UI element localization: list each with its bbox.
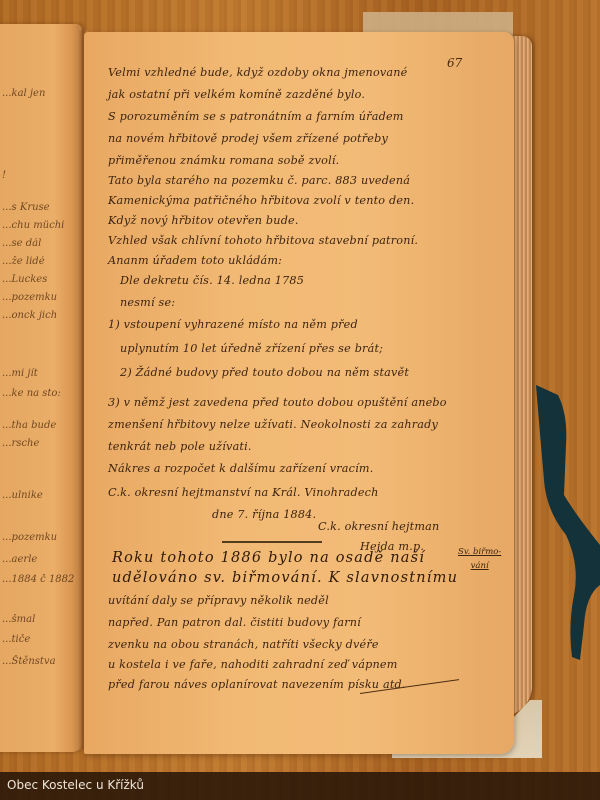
left-page-fragment: ...s Kruse <box>2 202 50 213</box>
handwritten-line: uplynutím 10 let úředně zřízení přes se … <box>120 342 383 355</box>
handwritten-line: napřed. Pan patron dal. čistiti budovy f… <box>108 616 361 629</box>
left-page-fragment: ...šmal <box>2 614 35 625</box>
left-page-fragment: ...1884 č 1882 <box>2 574 74 585</box>
handwritten-line: Tato byla starého na pozemku č. parc. 88… <box>108 174 410 187</box>
left-page-fragment: ...rsche <box>2 438 39 449</box>
left-page-fragment: ! <box>2 170 6 181</box>
handwritten-line: Nákres a rozpočet k dalšímu zařízení vra… <box>108 462 373 475</box>
left-page-fragment: ...tiče <box>2 634 30 645</box>
handwritten-line: Dle dekretu čís. 14. ledna 1785 <box>120 274 304 287</box>
handwritten-line: Kamenickýma patřičného hřbitova zvolí v … <box>108 194 414 207</box>
handwritten-line: přiměřenou známku romana sobě zvolí. <box>108 154 339 167</box>
handwritten-line: Roku tohoto 1886 bylo na osadě naší <box>112 550 425 566</box>
handwritten-line: před farou náves oplanírovat navezením p… <box>108 678 406 691</box>
left-page-fragment: ...že lidé <box>2 256 45 267</box>
handwritten-line: Velmi vzhledné bude, když ozdoby okna jm… <box>108 66 408 79</box>
handwritten-line: udělováno sv. biřmování. K slavnostnímu <box>112 570 458 586</box>
left-page-fragment: ...mi jít <box>2 368 38 379</box>
handwritten-line: nesmí se: <box>120 296 175 309</box>
handwritten-line: S porozuměním se s patronátním a farním … <box>108 110 404 123</box>
page-number: 67 <box>447 56 462 70</box>
left-page: ...kal jen ! ...s Kruse ...chu müchi ...… <box>0 24 82 752</box>
handwritten-line: u kostela i ve faře, nahoditi zahradní z… <box>108 658 398 671</box>
handwritten-line: 2) Žádné budovy před touto dobou na něm … <box>120 366 409 379</box>
section-divider <box>222 541 322 543</box>
left-page-fragment: ...onck jich <box>2 310 57 321</box>
left-page-fragment: ...kal jen <box>2 88 45 99</box>
left-page-fragment: ...tha bude <box>2 420 56 431</box>
caption-title: Obec Kostelec u Křížků <box>7 778 144 792</box>
handwritten-line: uvítání daly se přípravy několik neděl <box>108 594 329 607</box>
handwritten-line: tenkrát neb pole užívati. <box>108 440 252 453</box>
document-image-viewer[interactable]: ...kal jen ! ...s Kruse ...chu müchi ...… <box>0 0 600 800</box>
left-page-fragment: ...pozemku <box>2 532 57 543</box>
handwritten-line: 3) v němž jest zavedena před touto dobou… <box>108 396 447 409</box>
handwritten-signature-title: C.k. okresní hejtman <box>318 520 439 533</box>
handwritten-line: zmenšení hřbitovy nelze užívati. Neokoln… <box>108 418 438 431</box>
margin-note-line: vání <box>458 559 501 573</box>
left-page-fragment: ...pozemku <box>2 292 57 303</box>
handwritten-line: zvenku na obou stranách, natříti všecky … <box>108 638 379 651</box>
left-page-fragment: ...aerle <box>2 554 37 565</box>
handwritten-line: na novém hřbitově prodej všem zřízené po… <box>108 132 388 145</box>
handwritten-date: dne 7. října 1884. <box>212 508 316 521</box>
left-page-fragment: ...chu müchi <box>2 220 64 231</box>
left-page-fragment: ...ke na sto: <box>2 388 61 399</box>
handwritten-line: Když nový hřbitov otevřen bude. <box>108 214 299 227</box>
left-page-fragment: ...ulnike <box>2 490 43 501</box>
margin-note: Sv. biřmo- vání <box>458 545 501 573</box>
left-page-fragment: ...se dál <box>2 238 41 249</box>
margin-note-line: Sv. biřmo- <box>458 545 501 559</box>
left-page-fragment: ...Luckes <box>2 274 47 285</box>
handwritten-line: Ananm úřadem toto ukládám: <box>108 254 282 267</box>
handwritten-line: jak ostatní při velkém komíně zazděné by… <box>108 88 365 101</box>
left-page-fragment: ...Štěnstva <box>2 656 56 667</box>
bookmark-ribbon <box>536 385 600 665</box>
caption-bar: Obec Kostelec u Křížků <box>0 772 600 800</box>
handwritten-line: C.k. okresní hejtmanství na Král. Vinohr… <box>108 486 379 499</box>
handwritten-line: 1) vstoupení vyhrazené místo na něm před <box>108 318 358 331</box>
handwritten-line: Vzhled však chlívní tohoto hřbitova stav… <box>108 234 418 247</box>
